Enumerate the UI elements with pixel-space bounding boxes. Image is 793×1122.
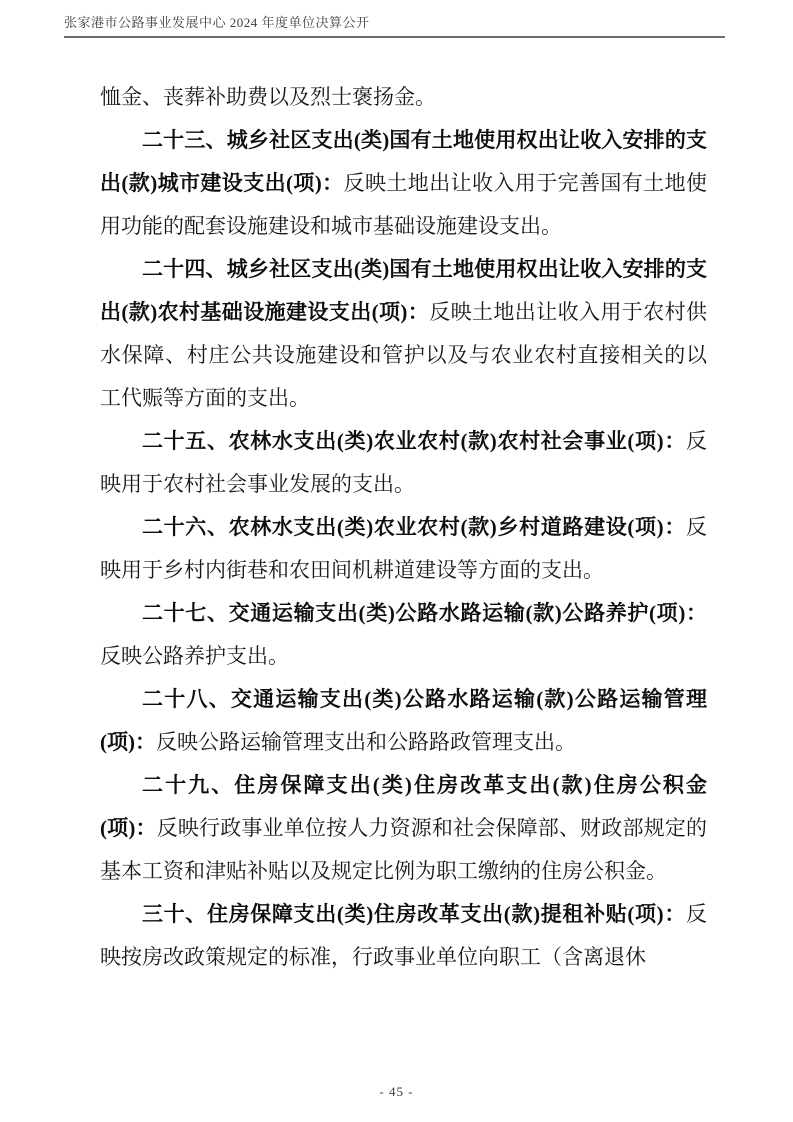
page-header-title: 张家港市公路事业发展中心 2024 年度单位决算公开 [64, 15, 370, 30]
paragraph-heading: 二十五、农林水支出(类)农业农村(款)农村社会事业(项)： [142, 429, 686, 453]
paragraph: 二十九、住房保障支出(类)住房改革支出(款)住房公积金(项)：反映行政事业单位按… [100, 764, 707, 893]
paragraph: 恤金、丧葬补助费以及烈士褒扬金。 [100, 76, 707, 119]
paragraph: 二十七、交通运输支出(类)公路水路运输(款)公路养护(项)：反映公路养护支出。 [100, 592, 707, 678]
paragraph-text: 反映公路养护支出。 [100, 644, 289, 668]
paragraph-heading: 三十、住房保障支出(类)住房改革支出(款)提租补贴(项)： [142, 902, 686, 926]
paragraph-text: 恤金、丧葬补助费以及烈士褒扬金。 [100, 85, 436, 109]
paragraph: 三十、住房保障支出(类)住房改革支出(款)提租补贴(项)：反映按房改政策规定的标… [100, 893, 707, 979]
page-header: 张家港市公路事业发展中心 2024 年度单位决算公开 [64, 12, 725, 38]
document-page: 张家港市公路事业发展中心 2024 年度单位决算公开 恤金、丧葬补助费以及烈士褒… [0, 0, 793, 1122]
paragraph-heading: 二十七、交通运输支出(类)公路水路运输(款)公路养护(项)： [142, 601, 707, 625]
page-number: - 45 - [379, 1084, 413, 1099]
paragraph: 二十五、农林水支出(类)农业农村(款)农村社会事业(项)：反映用于农村社会事业发… [100, 420, 707, 506]
document-body: 恤金、丧葬补助费以及烈士褒扬金。二十三、城乡社区支出(类)国有土地使用权出让收入… [100, 76, 707, 979]
page-footer: - 45 - [0, 1084, 793, 1100]
paragraph-text: 反映公路运输管理支出和公路路政管理支出。 [156, 730, 576, 754]
paragraph: 二十六、农林水支出(类)农业农村(款)乡村道路建设(项)：反映用于乡村内街巷和农… [100, 506, 707, 592]
paragraph: 二十三、城乡社区支出(类)国有土地使用权出让收入安排的支出(款)城市建设支出(项… [100, 119, 707, 248]
paragraph: 二十八、交通运输支出(类)公路水路运输(款)公路运输管理(项)：反映公路运输管理… [100, 678, 707, 764]
paragraph: 二十四、城乡社区支出(类)国有土地使用权出让收入安排的支出(款)农村基础设施建设… [100, 248, 707, 420]
paragraph-heading: 二十六、农林水支出(类)农业农村(款)乡村道路建设(项)： [142, 515, 686, 539]
paragraph-text: 反映行政事业单位按人力资源和社会保障部、财政部规定的基本工资和津贴补贴以及规定比… [100, 816, 707, 883]
